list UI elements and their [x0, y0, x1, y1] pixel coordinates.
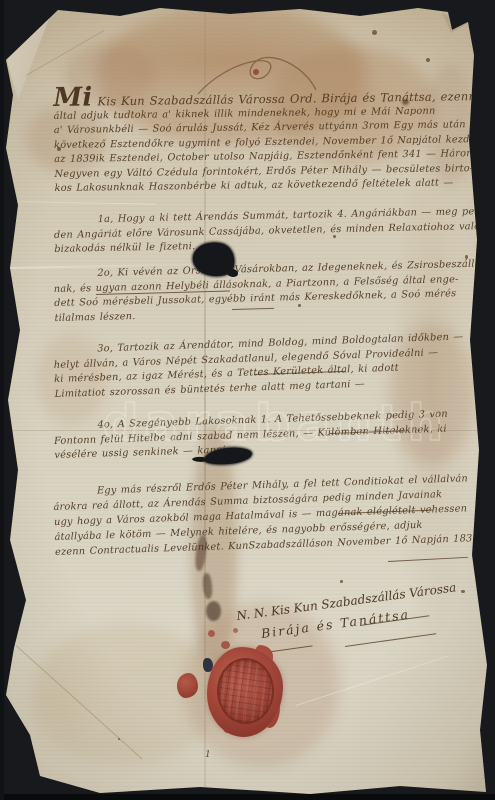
- dogear-corner: [438, 7, 474, 35]
- ink-smudge: [206, 601, 221, 621]
- ink-speck: [461, 590, 465, 593]
- ink-speck: [426, 58, 430, 62]
- opening-paragraph: MiKis Kun Szabadszállás Várossa Ord. Bir…: [53, 85, 482, 196]
- opening-initial: Mi: [53, 82, 92, 113]
- clause-1: 1a, Hogy a ki tett Árendás Summát, tarto…: [54, 205, 483, 257]
- page-number: 1: [205, 750, 211, 760]
- photo-edge-shadow: [0, 0, 4, 800]
- closing-paragraph: Egy más részről Erdős Péter Mihály, a fe…: [53, 471, 483, 560]
- watermark: darabanth: [76, 395, 476, 451]
- ink-speck: [372, 30, 377, 35]
- photo-of-manuscript: MiKis Kun Szabadszállás Várossa Ord. Bir…: [0, 0, 495, 800]
- wax-speck: [208, 630, 215, 637]
- ink-speck: [118, 738, 120, 740]
- fold-crease: [6, 201, 156, 205]
- wax-speck: [233, 628, 238, 633]
- clause-2: 2o, Ki vévén az Országos Vásárokban, az …: [53, 258, 482, 326]
- ink-speck: [340, 580, 343, 583]
- wax-speck: [221, 641, 230, 649]
- seal-impression: [217, 658, 274, 724]
- ink-dot: [253, 69, 259, 75]
- photo-edge-shadow: [0, 794, 495, 800]
- ink-underline: [388, 557, 468, 562]
- manuscript-paper: MiKis Kun Szabadszállás Várossa Ord. Bir…: [6, 5, 490, 795]
- ink-underline: [345, 633, 436, 647]
